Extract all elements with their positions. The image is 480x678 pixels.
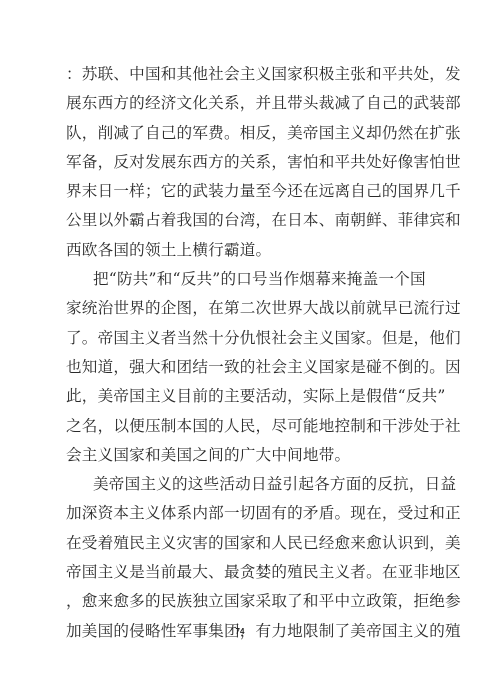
document-page: ：苏联、中国和其他社会主义国家积极主张和平共处，发 展东西方的经济文化关系，并且…: [0, 0, 480, 678]
text-line: 会主义国家和美国之间的广大中间地带。: [66, 441, 416, 470]
text-line: 加深资本主义体系内部一切固有的矛盾。现在，受过和正: [66, 499, 416, 528]
text-line: 展东西方的经济文化关系，并且带头裁减了自己的武装部: [66, 89, 416, 118]
text-line: 家统治世界的企图，在第二次世界大战以前就早已流行过: [66, 294, 416, 323]
text-line: ，愈来愈多的民族独立国家采取了和平中立政策，拒绝参: [66, 587, 416, 616]
page-number: 74: [0, 627, 480, 636]
text-line: 此，美帝国主义目前的主要活动，实际上是假借“反共”: [66, 382, 416, 411]
paragraph-start-line: 把“防共”和“反共”的口号当作烟幕来掩盖一个国: [66, 265, 416, 294]
text-line: 帝国主义是当前最大、最贪婪的殖民主义者。在亚非地区: [66, 558, 416, 587]
text-line: 军备，反对发展东西方的关系，害怕和平共处好像害怕世: [66, 148, 416, 177]
body-text: ：苏联、中国和其他社会主义国家积极主张和平共处，发 展东西方的经济文化关系，并且…: [66, 60, 416, 646]
text-line: 在受着殖民主义灾害的国家和人民已经愈来愈认识到，美: [66, 529, 416, 558]
text-line: 公里以外霸占着我国的台湾，在日本、南朝鲜、菲律宾和: [66, 206, 416, 235]
text-line: 了。帝国主义者当然十分仇恨社会主义国家。但是，他们: [66, 324, 416, 353]
text-line: 队，削减了自己的军费。相反，美帝国主义却仍然在扩张: [66, 119, 416, 148]
text-line: 之名，以便压制本国的人民，尽可能地控制和干涉处于社: [66, 412, 416, 441]
text-line: 界末日一样；它的武装力量至今还在远离自己的国界几千: [66, 177, 416, 206]
text-line: ：苏联、中国和其他社会主义国家积极主张和平共处，发: [66, 60, 416, 89]
text-line: 也知道，强大和团结一致的社会主义国家是碰不倒的。因: [66, 353, 416, 382]
paragraph-start-line: 美帝国主义的这些活动日益引起各方面的反抗，日益: [66, 470, 416, 499]
text-line: 西欧各国的领土上横行霸道。: [66, 236, 416, 265]
